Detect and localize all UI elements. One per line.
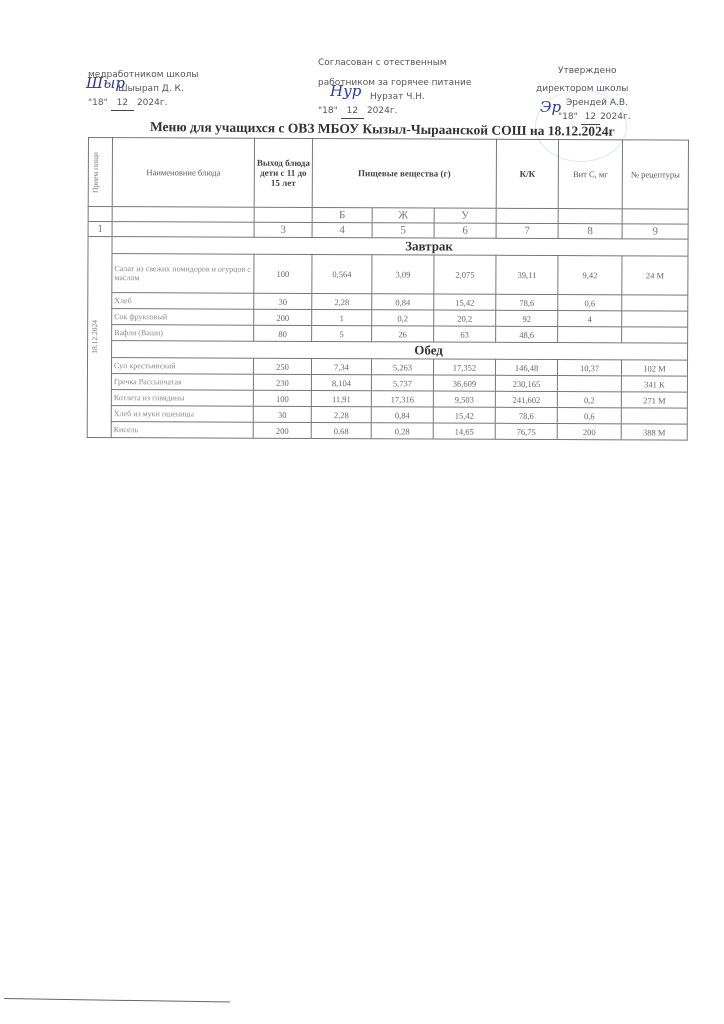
recipe-cell: 24 М [622, 256, 688, 295]
subheader-cell [622, 209, 688, 224]
column-number-cell [112, 222, 254, 238]
header-kk: К/К [496, 139, 558, 208]
dish-name: Хлеб [112, 293, 254, 310]
dish-name: Кисель [111, 422, 253, 439]
carbs-cell: 14,65 [433, 423, 495, 439]
approval-year: 2024г. [137, 98, 168, 108]
subheader-cell: Б [312, 207, 372, 222]
carbs-cell: 9,503 [433, 391, 495, 407]
subheader-cell [112, 207, 254, 223]
header-recipe: № рецептуры [622, 140, 688, 209]
approval-day: 18 [322, 106, 333, 116]
fat-cell: 0,2 [372, 310, 434, 326]
protein-cell: 0,68 [311, 422, 371, 438]
calories-cell: 78,6 [495, 407, 557, 423]
protein-cell: 1 [312, 309, 372, 325]
table-row: Кисель2000,680,2814,6576,75200388 М [87, 421, 687, 440]
protein-cell: 8,104 [311, 374, 371, 390]
vitamin-c-cell [558, 327, 622, 343]
recipe-cell: 102 М [621, 360, 687, 376]
recipe-cell: 341 К [621, 376, 687, 392]
fat-cell: 17,316 [371, 391, 433, 407]
protein-cell: 2,28 [311, 406, 371, 422]
dish-name: Суп крестьянский [111, 358, 253, 375]
calories-cell: 76,75 [495, 423, 557, 439]
protein-cell: 0,564 [312, 254, 372, 293]
approval-name: Эрендей А.В. [558, 96, 631, 110]
column-number-cell: 4 [312, 222, 372, 237]
approval-day: 18 [92, 98, 103, 108]
fat-cell: 0,84 [371, 407, 433, 423]
portion-cell: 100 [253, 390, 311, 406]
subheader-cell: У [434, 208, 496, 223]
approval-year: 2024г. [600, 112, 631, 122]
table-row: Салат из свежих помидоров и огурцов с ма… [88, 254, 688, 296]
approval-month: 12 [341, 104, 364, 119]
header-vitc: Вит С, мг [558, 140, 622, 209]
header-meal: Прием пищи [88, 138, 112, 207]
portion-cell: 80 [254, 325, 312, 341]
vitamin-c-cell: 0,2 [557, 392, 621, 408]
recipe-cell: 388 М [621, 424, 687, 440]
portion-cell: 200 [254, 309, 312, 325]
dish-name: Вафли (Ваши) [112, 325, 254, 342]
approval-day: 18 [562, 112, 573, 122]
signature-director: Эр [540, 98, 561, 116]
recipe-cell [621, 408, 687, 424]
carbs-cell: 17,352 [433, 359, 495, 375]
portion-cell: 250 [253, 358, 311, 374]
calories-cell: 241,602 [495, 391, 557, 407]
dish-name: Сок фруктовый [112, 309, 254, 326]
fat-cell: 5,263 [371, 359, 433, 375]
calories-cell: 146,48 [495, 359, 557, 375]
dish-name: Котлета из говядины [111, 390, 253, 407]
subheader-cell: Ж [372, 208, 434, 223]
subheader-cell [496, 208, 558, 223]
column-number-cell: 8 [558, 224, 622, 239]
carbs-cell: 2,075 [434, 255, 496, 294]
vitamin-c-cell: 4 [558, 311, 622, 327]
carbs-cell: 20,2 [434, 310, 496, 326]
fat-cell: 3,09 [372, 255, 434, 294]
fat-cell: 26 [372, 326, 434, 342]
recipe-cell [622, 311, 688, 327]
calories-cell: 230,165 [495, 375, 557, 391]
date-cell: 18.12.2024 [87, 237, 112, 438]
menu-table: Прием пищи Наименовние блюда Выход блюда… [87, 137, 688, 441]
column-number-cell: 6 [434, 223, 496, 238]
recipe-cell [622, 295, 688, 311]
approval-role-2: директором школы [536, 82, 631, 96]
carbs-cell: 36,609 [433, 375, 495, 391]
footer-rule [4, 998, 230, 1003]
fat-cell: 5,737 [371, 375, 433, 391]
column-number-cell: 3 [254, 222, 312, 237]
dish-name: Гречка Рассыпчатая [111, 374, 253, 391]
column-number-cell: 9 [622, 224, 688, 239]
signature-medworker: Шыр [86, 74, 125, 92]
fat-cell: 0,28 [371, 423, 433, 439]
approval-month: 12 [111, 96, 134, 111]
carbs-cell: 15,42 [434, 294, 496, 310]
dish-name: Хлеб из муки пшеницы [111, 406, 253, 423]
protein-cell: 5 [312, 325, 372, 341]
vitamin-c-cell [557, 376, 621, 392]
dish-name: Салат из свежих помидоров и огурцов с ма… [112, 254, 254, 294]
portion-cell: 30 [254, 293, 312, 309]
header-portion: Выход блюда дети с 11 до 15 лет [254, 138, 312, 207]
column-number-cell: 7 [496, 223, 558, 238]
column-number-cell: 5 [372, 223, 434, 238]
column-number-cell: 1 [88, 222, 112, 237]
vitamin-c-cell: 10,37 [557, 360, 621, 376]
protein-cell: 11,91 [311, 390, 371, 406]
approval-role: Утверждено [558, 64, 631, 78]
calories-cell: 92 [496, 310, 558, 326]
signature-food-responsible: Нур [330, 82, 361, 100]
recipe-cell [622, 327, 688, 343]
recipe-cell: 271 М [621, 392, 687, 408]
subheader-cell [88, 207, 112, 222]
calories-cell: 48,6 [496, 326, 558, 342]
vitamin-c-cell: 0,6 [557, 408, 621, 424]
approval-name: Шыырап Д. К. [118, 84, 184, 94]
subheader-cell [558, 209, 622, 224]
carbs-cell: 15,42 [433, 407, 495, 423]
vitamin-c-cell: 200 [557, 424, 621, 440]
portion-cell: 230 [253, 374, 311, 390]
approval-role: Согласован с отественным [318, 56, 471, 70]
portion-cell: 200 [253, 422, 311, 438]
portion-cell: 100 [254, 254, 312, 293]
header-nutrients: Пищевые вещества (г) [312, 138, 496, 208]
subheader-cell [254, 207, 312, 222]
header-dish: Наименовние блюда [112, 138, 254, 208]
carbs-cell: 63 [434, 326, 496, 342]
protein-cell: 2,28 [312, 293, 372, 309]
vitamin-c-cell: 0,6 [558, 295, 622, 311]
approval-year: 2024г. [367, 106, 398, 116]
protein-cell: 7,34 [311, 358, 371, 374]
vitamin-c-cell: 9,42 [558, 256, 622, 295]
calories-cell: 39,11 [496, 255, 558, 294]
fat-cell: 0,84 [372, 294, 434, 310]
approval-director: Утверждено директором школы Эрендей А.В.… [558, 64, 631, 125]
calories-cell: 78,6 [496, 294, 558, 310]
portion-cell: 30 [253, 406, 311, 422]
